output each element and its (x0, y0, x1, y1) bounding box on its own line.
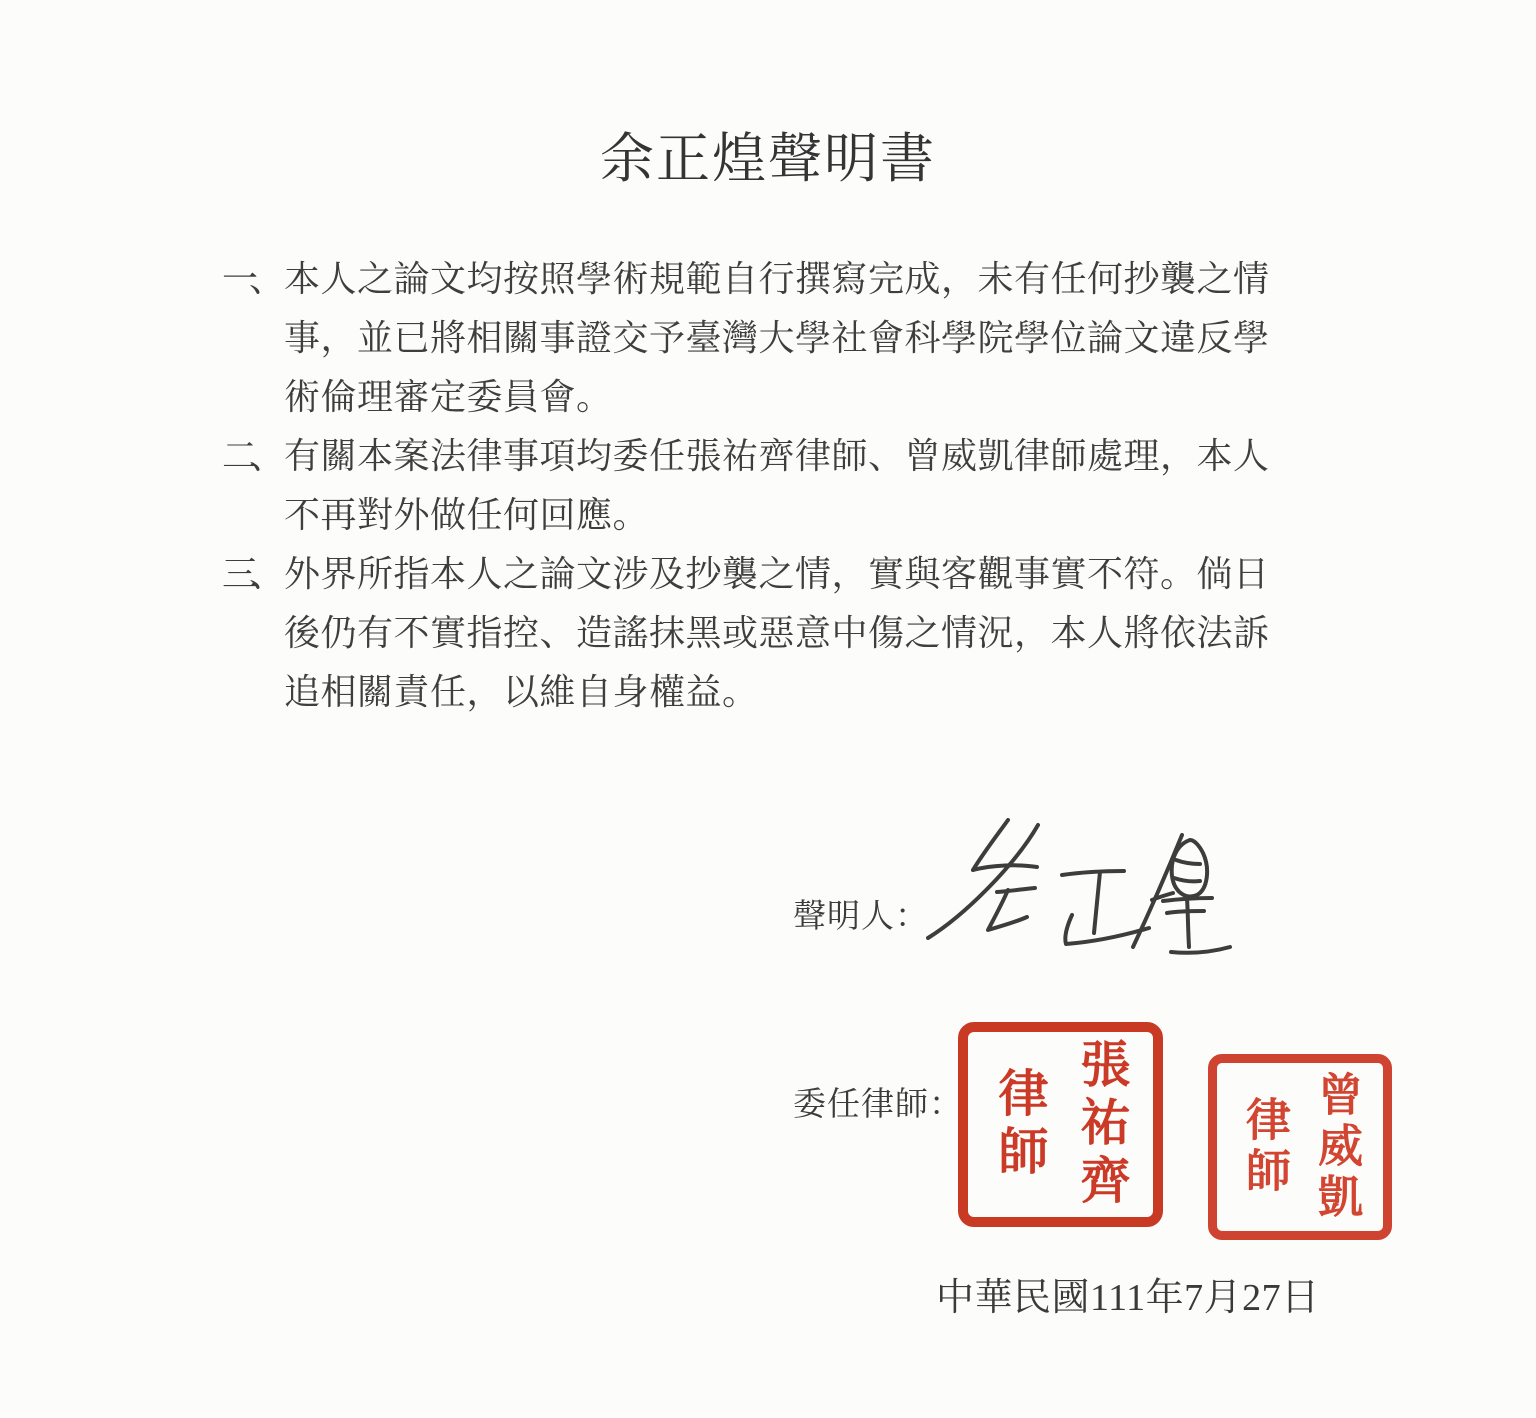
attorney-label: 委任律師： (793, 1078, 963, 1125)
statement-item-2: 二、有關本案法律事項均委任張祐齊律師、曾威凱律師處理，本人 不再對外做任何回應。 (222, 427, 1332, 545)
item-marker: 二、 (222, 427, 284, 486)
statement-body: 一、本人之論文均按照學術規範自行撰寫完成，未有任何抄襲之情 事，並已將相關事證交… (222, 250, 1332, 722)
statement-line: 後仍有不實指控、造謠抹黑或惡意中傷之情況，本人將依法訴 (222, 604, 1332, 663)
item-marker: 三、 (222, 545, 284, 604)
statement-line: 事，並已將相關事證交予臺灣大學社會科學院學位論文違反學 (222, 309, 1332, 368)
document-date: 中華民國111年7月27日 (936, 1266, 1320, 1321)
statement-text: 有關本案法律事項均委任張祐齊律師、曾威凱律師處理，本人 (284, 436, 1270, 476)
document-title: 余正煌聲明書 (0, 116, 1536, 193)
seal-text: 曾威凱律師 (1228, 1070, 1372, 1224)
statement-line: 三、外界所指本人之論文涉及抄襲之情，實與客觀事實不符。倘日 (222, 545, 1332, 604)
statement-line: 不再對外做任何回應。 (222, 486, 1332, 545)
item-marker: 一、 (222, 250, 284, 309)
statement-line: 一、本人之論文均按照學術規範自行撰寫完成，未有任何抄襲之情 (222, 250, 1332, 309)
attorney-seal-zhang-youqi: 張祐齊律師 (958, 1022, 1163, 1227)
statement-item-3: 三、外界所指本人之論文涉及抄襲之情，實與客觀事實不符。倘日 後仍有不實指控、造謠… (222, 545, 1332, 722)
statement-text: 本人之論文均按照學術規範自行撰寫完成，未有任何抄襲之情 (284, 259, 1270, 299)
statement-text: 外界所指本人之論文涉及抄襲之情，實與客觀事實不符。倘日 (284, 554, 1270, 594)
statement-line: 二、有關本案法律事項均委任張祐齊律師、曾威凱律師處理，本人 (222, 427, 1332, 486)
seal-text: 張祐齊律師 (979, 1038, 1143, 1212)
statement-line: 追相關責任，以維自身權益。 (222, 663, 1332, 722)
statement-item-1: 一、本人之論文均按照學術規範自行撰寫完成，未有任何抄襲之情 事，並已將相關事證交… (222, 250, 1332, 427)
declarant-handwritten-signature (920, 790, 1320, 1020)
statement-line: 術倫理審定委員會。 (222, 368, 1332, 427)
declarant-label: 聲明人： (793, 890, 929, 937)
attorney-seal-zeng-weikai: 曾威凱律師 (1208, 1054, 1392, 1240)
statement-document-page: 余正煌聲明書 一、本人之論文均按照學術規範自行撰寫完成，未有任何抄襲之情 事，並… (0, 0, 1536, 1418)
